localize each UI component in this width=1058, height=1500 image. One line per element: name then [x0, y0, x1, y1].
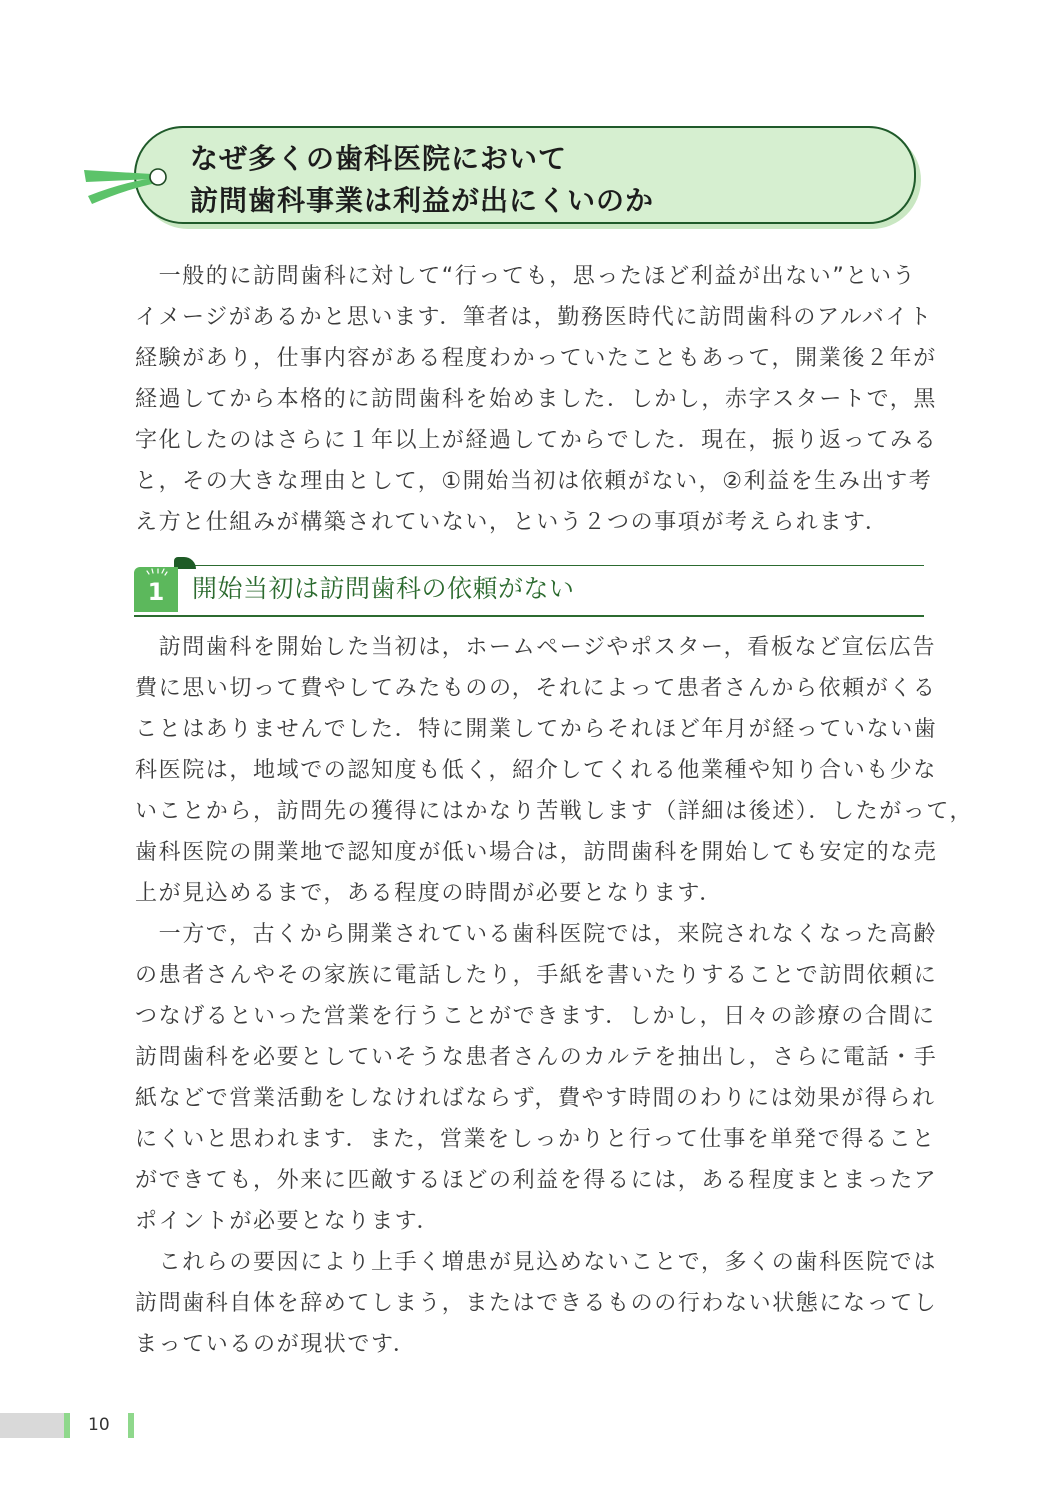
page-number: 10 [88, 1413, 110, 1438]
chapter-title: なぜ多くの歯科医院において 訪問歯科事業は利益が出にくいのか [190, 138, 654, 222]
footer-gray-bar [0, 1413, 64, 1438]
text-line: 科医院は，地域での認知度も低く，紹介してくれる他業種や知り合いも少な [135, 750, 925, 791]
text-line: 字化したのはさらに１年以上が経過してからでした．現在，振り返ってみる [135, 420, 925, 461]
chapter-title-line-1: なぜ多くの歯科医院において [190, 138, 654, 180]
section-heading: 1 開始当初は訪問歯科の依頼がない [134, 557, 924, 617]
text-line: 上が見込めるまで，ある程度の時間が必要となります． [135, 873, 925, 914]
text-line: ことはありませんでした．特に開業してからそれほど年月が経っていない歯 [135, 709, 925, 750]
text-line: にくいと思われます．また，営業をしっかりと行って仕事を単発で得ること [135, 1119, 925, 1160]
text-line: 経過してから本格的に訪問歯科を始めました．しかし，赤字スタートで，黒 [135, 379, 925, 420]
text-line: 紙などで営業活動をしなければならず，費やす時間のわりには効果が得られ [135, 1078, 925, 1119]
text-line: 訪問歯科自体を辞めてしまう，またはできるものの行わない状態になってし [135, 1283, 925, 1324]
text-line: 歯科医院の開業地で認知度が低い場合は，訪問歯科を開始しても安定的な売 [135, 832, 925, 873]
text-line: の患者さんやその家族に電話したり，手紙を書いたりすることで訪問依頼に [135, 955, 925, 996]
text-line: つなげるといった営業を行うことができます．しかし，日々の診療の合間に [135, 996, 925, 1037]
intro-paragraph: 一般的に訪問歯科に対して“行っても，思ったほど利益が出ない”という イメージがあ… [135, 256, 925, 543]
chapter-title-line-2: 訪問歯科事業は利益が出にくいのか [190, 180, 654, 222]
section-paragraph-1: 訪問歯科を開始した当初は，ホームページやポスター，看板など宣伝広告 費に思い切っ… [135, 627, 925, 914]
text-line: 訪問歯科を必要としていそうな患者さんのカルテを抽出し，さらに電話・手 [135, 1037, 925, 1078]
text-line: 費に思い切って費やしてみたものの，それによって患者さんから依頼がくる [135, 668, 925, 709]
text-line: ポイントが必要となります． [135, 1201, 925, 1242]
chapter-title-tag: なぜ多くの歯科医院において 訪問歯科事業は利益が出にくいのか [134, 126, 919, 226]
text-line: 経験があり，仕事内容がある程度わかっていたこともあって，開業後２年が [135, 338, 925, 379]
text-line: 一方で，古くから開業されている歯科医院では，来院されなくなった高齢 [135, 914, 925, 955]
tag-string-icon [84, 160, 174, 205]
heading-bottom-rule [134, 615, 924, 617]
text-line: え方と仕組みが構築されていない，という２つの事項が考えられます． [135, 502, 925, 543]
heading-top-rule [190, 565, 924, 566]
text-line: と，その大きな理由として，①開始当初は依頼がない，②利益を生み出す考 [135, 461, 925, 502]
page-footer: 10 [0, 1413, 200, 1439]
section-paragraph-3: これらの要因により上手く増患が見込めないことで，多くの歯科医院では 訪問歯科自体… [135, 1242, 925, 1365]
text-line: ができても，外来に匹敵するほどの利益を得るには，ある程度まとまったア [135, 1160, 925, 1201]
text-line: これらの要因により上手く増患が見込めないことで，多くの歯科医院では [135, 1242, 925, 1283]
text-line: いことから，訪問先の獲得にはかなり苦戦します（詳細は後述）．したがって， [135, 791, 925, 832]
text-line: イメージがあるかと思います．筆者は，勤務医時代に訪問歯科のアルバイト [135, 297, 925, 338]
text-line: まっているのが現状です． [135, 1324, 925, 1365]
section-heading-text: 開始当初は訪問歯科の依頼がない [192, 569, 575, 609]
text-line: 訪問歯科を開始した当初は，ホームページやポスター，看板など宣伝広告 [135, 627, 925, 668]
text-line: 一般的に訪問歯科に対して“行っても，思ったほど利益が出ない”という [135, 256, 925, 297]
section-paragraph-2: 一方で，古くから開業されている歯科医院では，来院されなくなった高齢 の患者さんや… [135, 914, 925, 1242]
footer-green-marker-right [128, 1413, 134, 1438]
sparkle-rays-icon [146, 568, 168, 578]
footer-green-marker-left [64, 1413, 70, 1438]
